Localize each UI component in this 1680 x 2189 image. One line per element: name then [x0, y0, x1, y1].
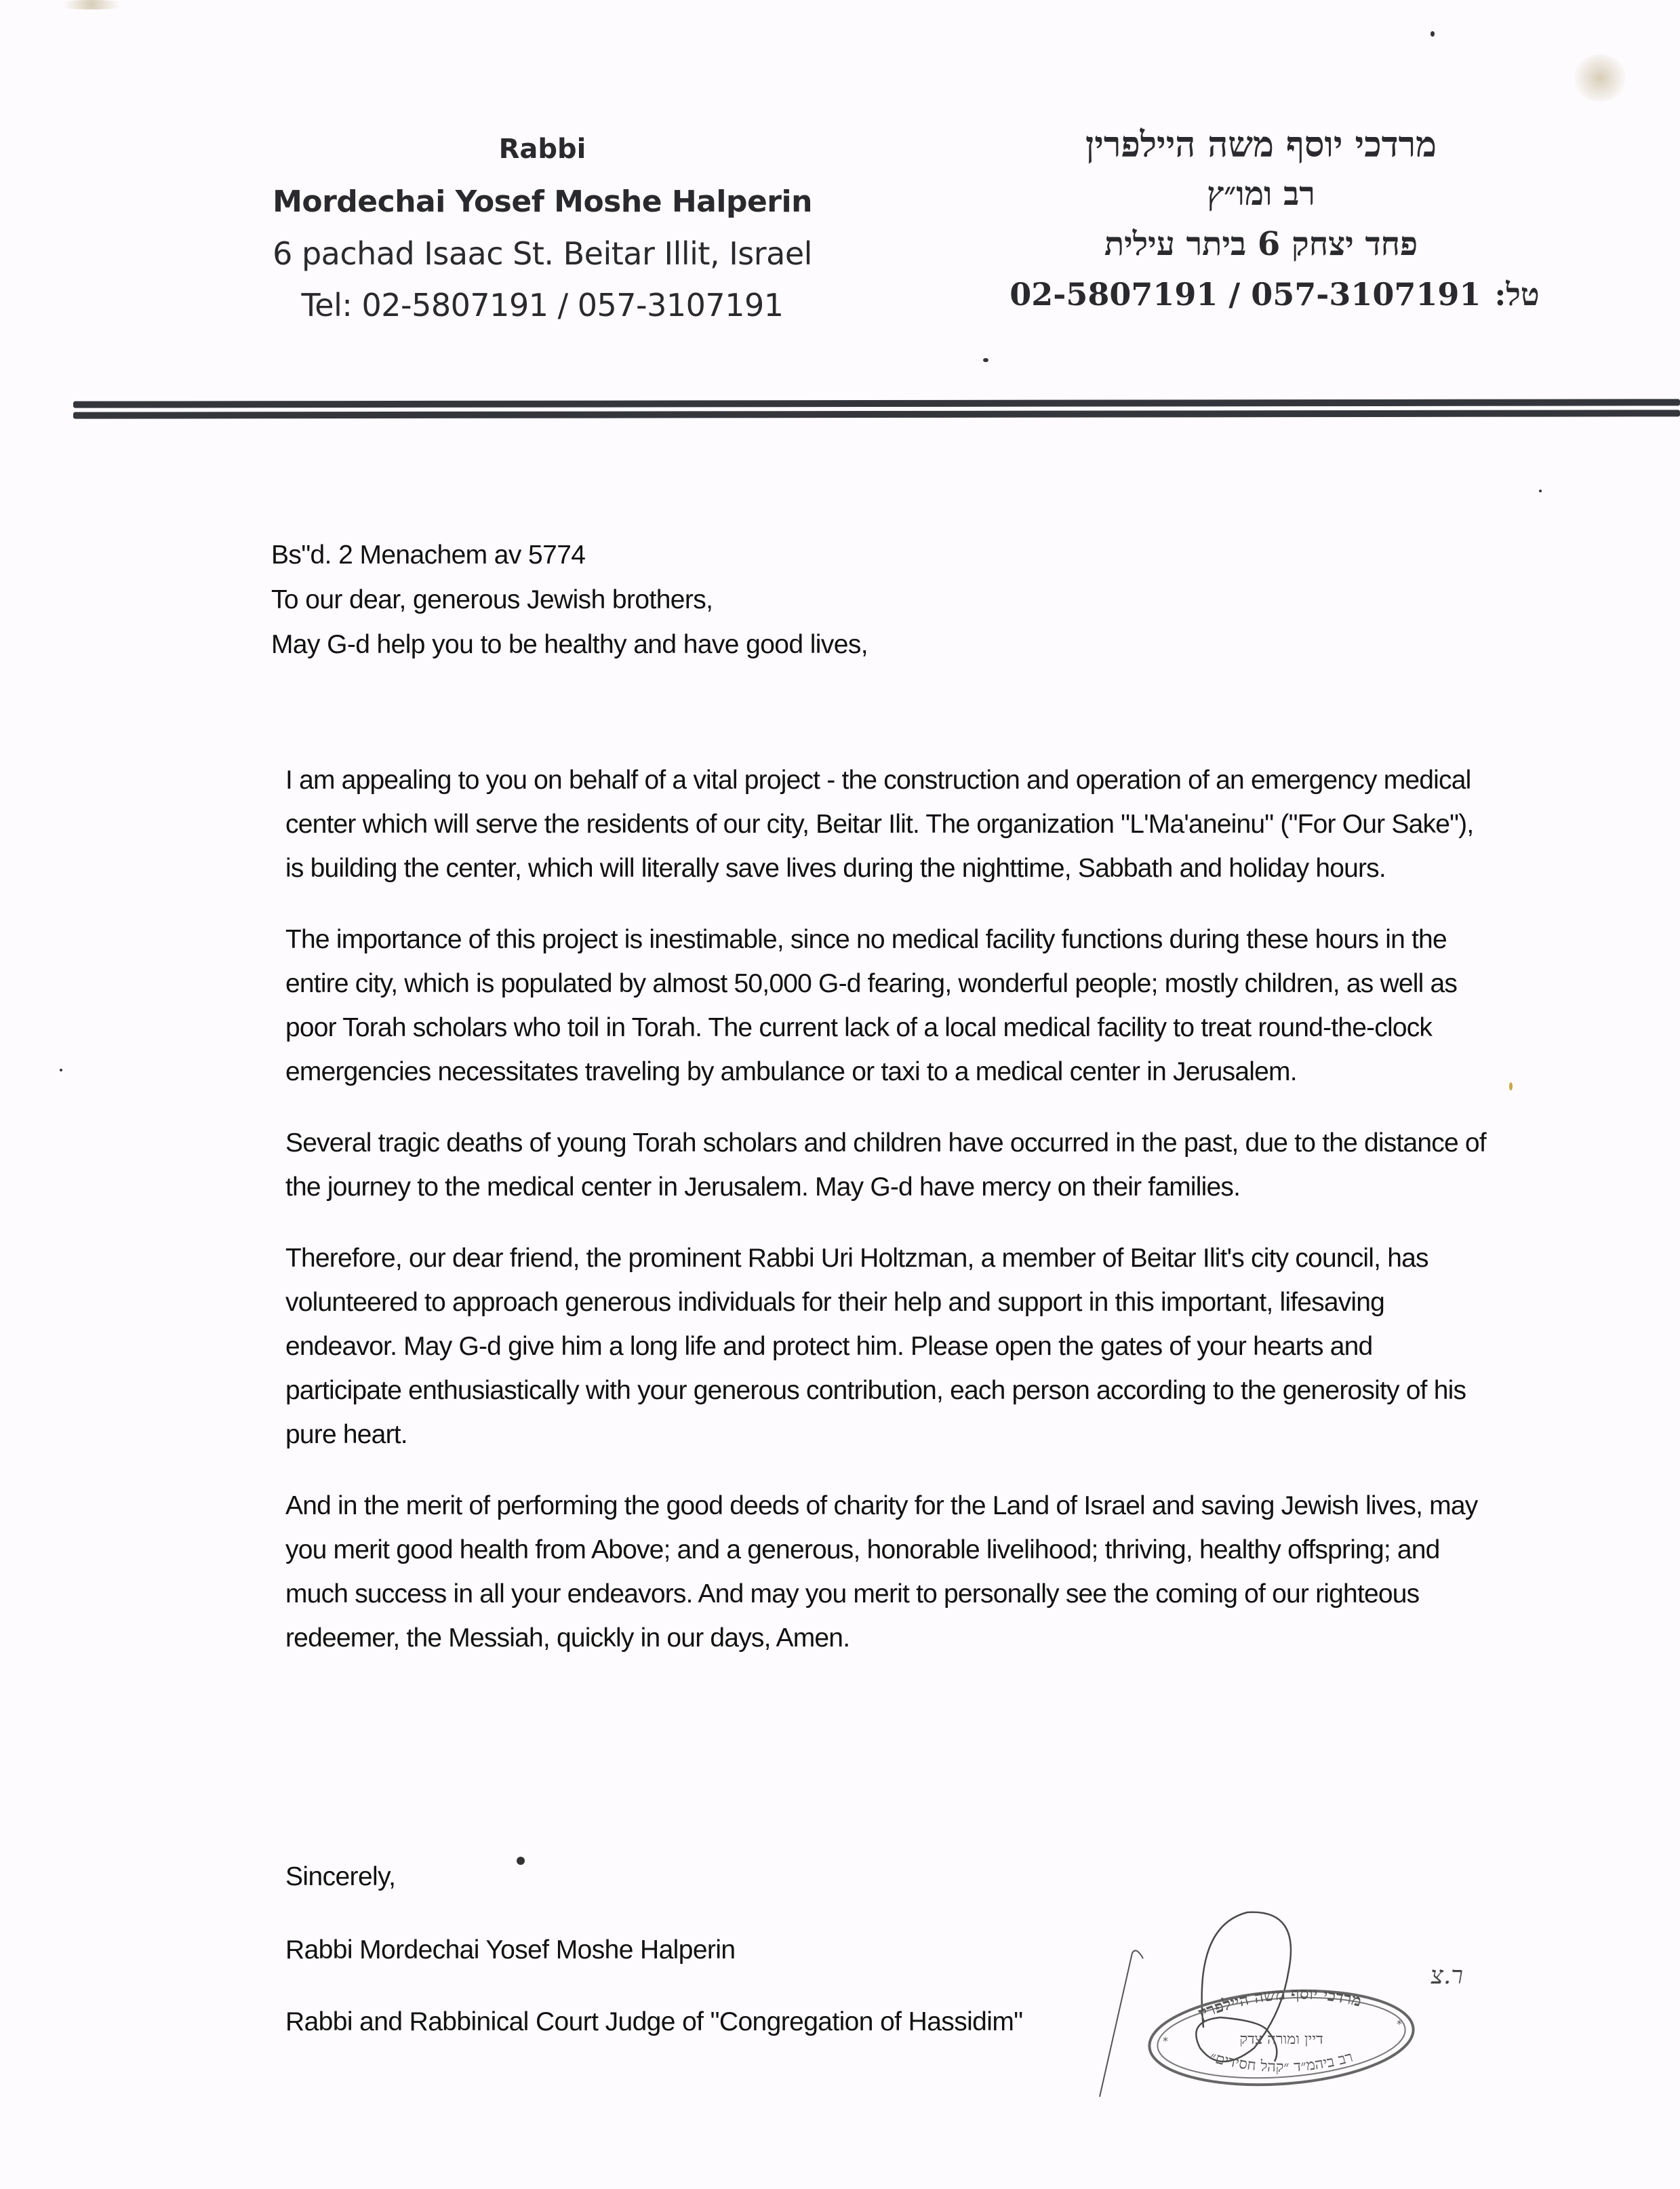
scan-speck — [1431, 31, 1435, 37]
scan-speck — [60, 1069, 62, 1071]
stamp-center-text: דיין ומורה צדק — [1239, 2031, 1323, 2048]
paragraph-tragedies: Several tragic deaths of young Torah sch… — [285, 1121, 1492, 1209]
letterhead-hebrew: מרדכי יוסף משה היילפרין רב ומו״ץ פחד יצח… — [976, 121, 1546, 319]
letterhead-hebrew-phone-label: טל: — [1494, 270, 1539, 319]
date-line: Bs"d. 2 Menachem av 5774 — [271, 533, 868, 578]
scan-speck — [1509, 1082, 1513, 1090]
signature-initials: מ.ר.צ — [1431, 1962, 1464, 1990]
letterhead-divider-bottom — [73, 410, 1680, 418]
letter-page: Rabbi Mordechai Yosef Moshe Halperin 6 p… — [0, 0, 1680, 2189]
letterhead-hebrew-address: פחד יצחק 6 ביתר עילית — [976, 218, 1546, 270]
scan-speck — [1539, 490, 1542, 492]
stamp-star-left-icon: * — [1163, 2034, 1168, 2047]
letterhead-divider-top — [73, 399, 1680, 408]
paragraph-blessing: And in the merit of performing the good … — [285, 1484, 1492, 1660]
scan-smudge — [1573, 54, 1627, 102]
signature-stamp: מ.ר.צ מרדכי יוסף משה היילפרין דיין ומורה… — [1085, 1845, 1464, 2116]
salutation-line-2: May G-d help you to be healthy and have … — [271, 623, 868, 667]
scan-speck — [983, 358, 988, 362]
letterhead-english: Rabbi Mordechai Yosef Moshe Halperin 6 p… — [264, 122, 820, 331]
letterhead-hebrew-title: רב ומו״ץ — [976, 170, 1546, 218]
scan-speck — [517, 1857, 525, 1865]
stamp-bottom-arc: רב ביהמ״ד ״קהל חסידים״ — [1208, 2049, 1355, 2076]
signer-name: Rabbi Mordechai Yosef Moshe Halperin — [285, 1935, 735, 1965]
scan-smudge — [54, 0, 129, 9]
letter-body: I am appealing to you on behalf of a vit… — [285, 758, 1492, 1687]
letterhead-hebrew-phone: 02-5807191 / 057-3107191 טל: — [1003, 270, 1546, 319]
letterhead-hebrew-phone-numbers: 02-5807191 / 057-3107191 — [1009, 270, 1481, 319]
letter-opening: Bs"d. 2 Menachem av 5774 To our dear, ge… — [271, 533, 868, 667]
letterhead-phone: Tel: 02-5807191 / 057-3107191 — [264, 279, 820, 331]
closing-word: Sincerely, — [285, 1862, 395, 1892]
paragraph-appeal: I am appealing to you on behalf of a vit… — [285, 758, 1492, 890]
letterhead-hebrew-name: מרדכי יוסף משה היילפרין — [976, 121, 1546, 170]
stamp-star-right-icon: * — [1397, 2017, 1402, 2030]
paragraph-request: Therefore, our dear friend, the prominen… — [285, 1236, 1492, 1457]
letterhead-address: 6 pachad Isaac St. Beitar Illit, Israel — [264, 228, 820, 279]
signature-stroke-icon — [1100, 1950, 1143, 2097]
svg-text:רב ביהמ״ד ״קהל חסידים״: רב ביהמ״ד ״קהל חסידים״ — [1208, 2049, 1355, 2076]
letterhead-name: Mordechai Yosef Moshe Halperin — [264, 176, 820, 228]
signer-title: Rabbi and Rabbinical Court Judge of "Con… — [285, 2007, 1022, 2037]
salutation-line-1: To our dear, generous Jewish brothers, — [271, 578, 868, 623]
paragraph-importance: The importance of this project is inesti… — [285, 918, 1492, 1094]
letterhead-title: Rabbi — [264, 122, 820, 176]
